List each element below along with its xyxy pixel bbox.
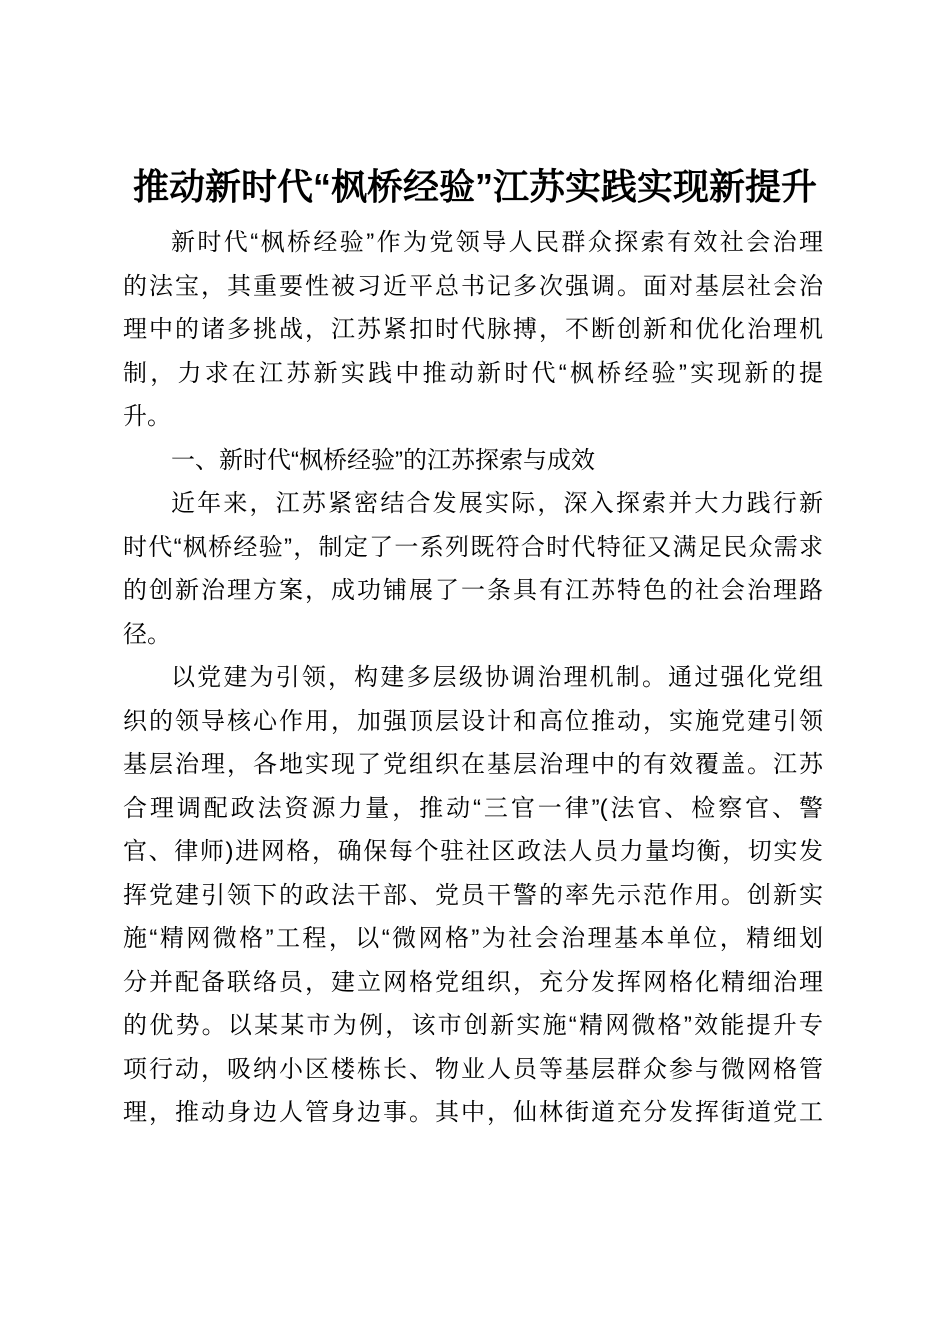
document-title: 推动新时代“枫桥经验”江苏实践实现新提升 (0, 163, 950, 211)
text-line: 基层治理，各地实现了党组织在基层治理中的有效覆盖。江苏 (123, 743, 823, 787)
intro-paragraph: 新时代“枫桥经验”作为党领导人民群众探索有效社会治理的法宝，其重要性被习近平总书… (123, 221, 823, 439)
section-1-paragraph-1: 近年来，江苏紧密结合发展实际，深入探索并大力践行新时代“枫桥经验”，制定了一系列… (123, 482, 823, 656)
text-line: 的优势。以某某市为例，该市创新实施“精网微格”效能提升专 (123, 1004, 823, 1048)
text-line: 径。 (123, 613, 823, 657)
text-line: 以党建为引领，构建多层级协调治理机制。通过强化党组 (123, 656, 823, 700)
text-line: 的法宝，其重要性被习近平总书记多次强调。面对基层社会治 (123, 265, 823, 309)
text-line: 合理调配政法资源力量，推动“三官一律”(法官、检察官、警 (123, 787, 823, 831)
text-line: 挥党建引领下的政法干部、党员干警的率先示范作用。创新实 (123, 874, 823, 918)
text-line: 分并配备联络员，建立网格党组织，充分发挥网格化精细治理 (123, 961, 823, 1005)
heading-line: 一、新时代“枫桥经验”的江苏探索与成效 (123, 439, 823, 483)
text-line: 升。 (123, 395, 823, 439)
section-1-heading: 一、新时代“枫桥经验”的江苏探索与成效 (123, 439, 823, 483)
text-line: 官、律师)进网格，确保每个驻社区政法人员力量均衡，切实发 (123, 830, 823, 874)
text-line: 项行动，吸纳小区楼栋长、物业人员等基层群众参与微网格管 (123, 1048, 823, 1092)
text-line: 施“精网微格”工程，以“微网格”为社会治理基本单位，精细划 (123, 917, 823, 961)
section-1-paragraph-2: 以党建为引领，构建多层级协调治理机制。通过强化党组织的领导核心作用，加强顶层设计… (123, 656, 823, 1135)
text-line: 近年来，江苏紧密结合发展实际，深入探索并大力践行新 (123, 482, 823, 526)
text-line: 时代“枫桥经验”，制定了一系列既符合时代特征又满足民众需求 (123, 526, 823, 570)
text-line: 新时代“枫桥经验”作为党领导人民群众探索有效社会治理 (123, 221, 823, 265)
text-line: 制，力求在江苏新实践中推动新时代“枫桥经验”实现新的提 (123, 352, 823, 396)
document-body: 新时代“枫桥经验”作为党领导人民群众探索有效社会治理的法宝，其重要性被习近平总书… (123, 221, 823, 1135)
text-line: 的创新治理方案，成功铺展了一条具有江苏特色的社会治理路 (123, 569, 823, 613)
text-line: 织的领导核心作用，加强顶层设计和高位推动，实施党建引领 (123, 700, 823, 744)
text-line: 理，推动身边人管身边事。其中，仙林街道充分发挥街道党工 (123, 1091, 823, 1135)
document-page: 推动新时代“枫桥经验”江苏实践实现新提升 新时代“枫桥经验”作为党领导人民群众探… (0, 0, 950, 1344)
text-line: 理中的诸多挑战，江苏紧扣时代脉搏，不断创新和优化治理机 (123, 308, 823, 352)
